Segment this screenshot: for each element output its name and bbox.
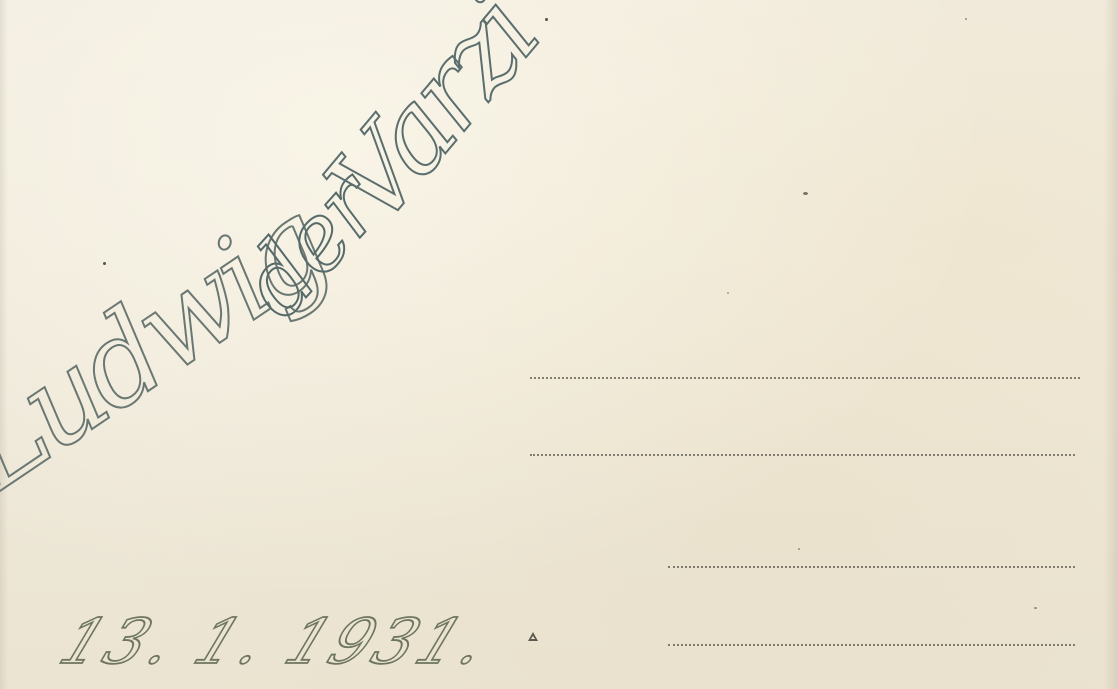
paper-speck bbox=[727, 292, 729, 294]
paper-edge-right bbox=[1104, 0, 1118, 689]
paper-speck bbox=[103, 262, 106, 265]
paper-speck bbox=[803, 192, 808, 195]
address-line-2 bbox=[530, 454, 1075, 456]
paper-speck bbox=[965, 18, 967, 20]
postcard-back: Ludwig der Varzi 13. 1. 1931. bbox=[0, 0, 1118, 689]
address-line-1 bbox=[530, 377, 1080, 379]
triangle-mark-icon bbox=[528, 632, 538, 641]
paper-edge-left bbox=[0, 0, 8, 689]
paper-speck bbox=[798, 548, 800, 550]
address-line-3 bbox=[668, 566, 1075, 568]
handwritten-date: 13. 1. 1931. bbox=[50, 605, 502, 678]
paper-speck bbox=[545, 18, 548, 21]
address-line-4 bbox=[668, 644, 1075, 646]
paper-speck bbox=[1034, 607, 1037, 609]
